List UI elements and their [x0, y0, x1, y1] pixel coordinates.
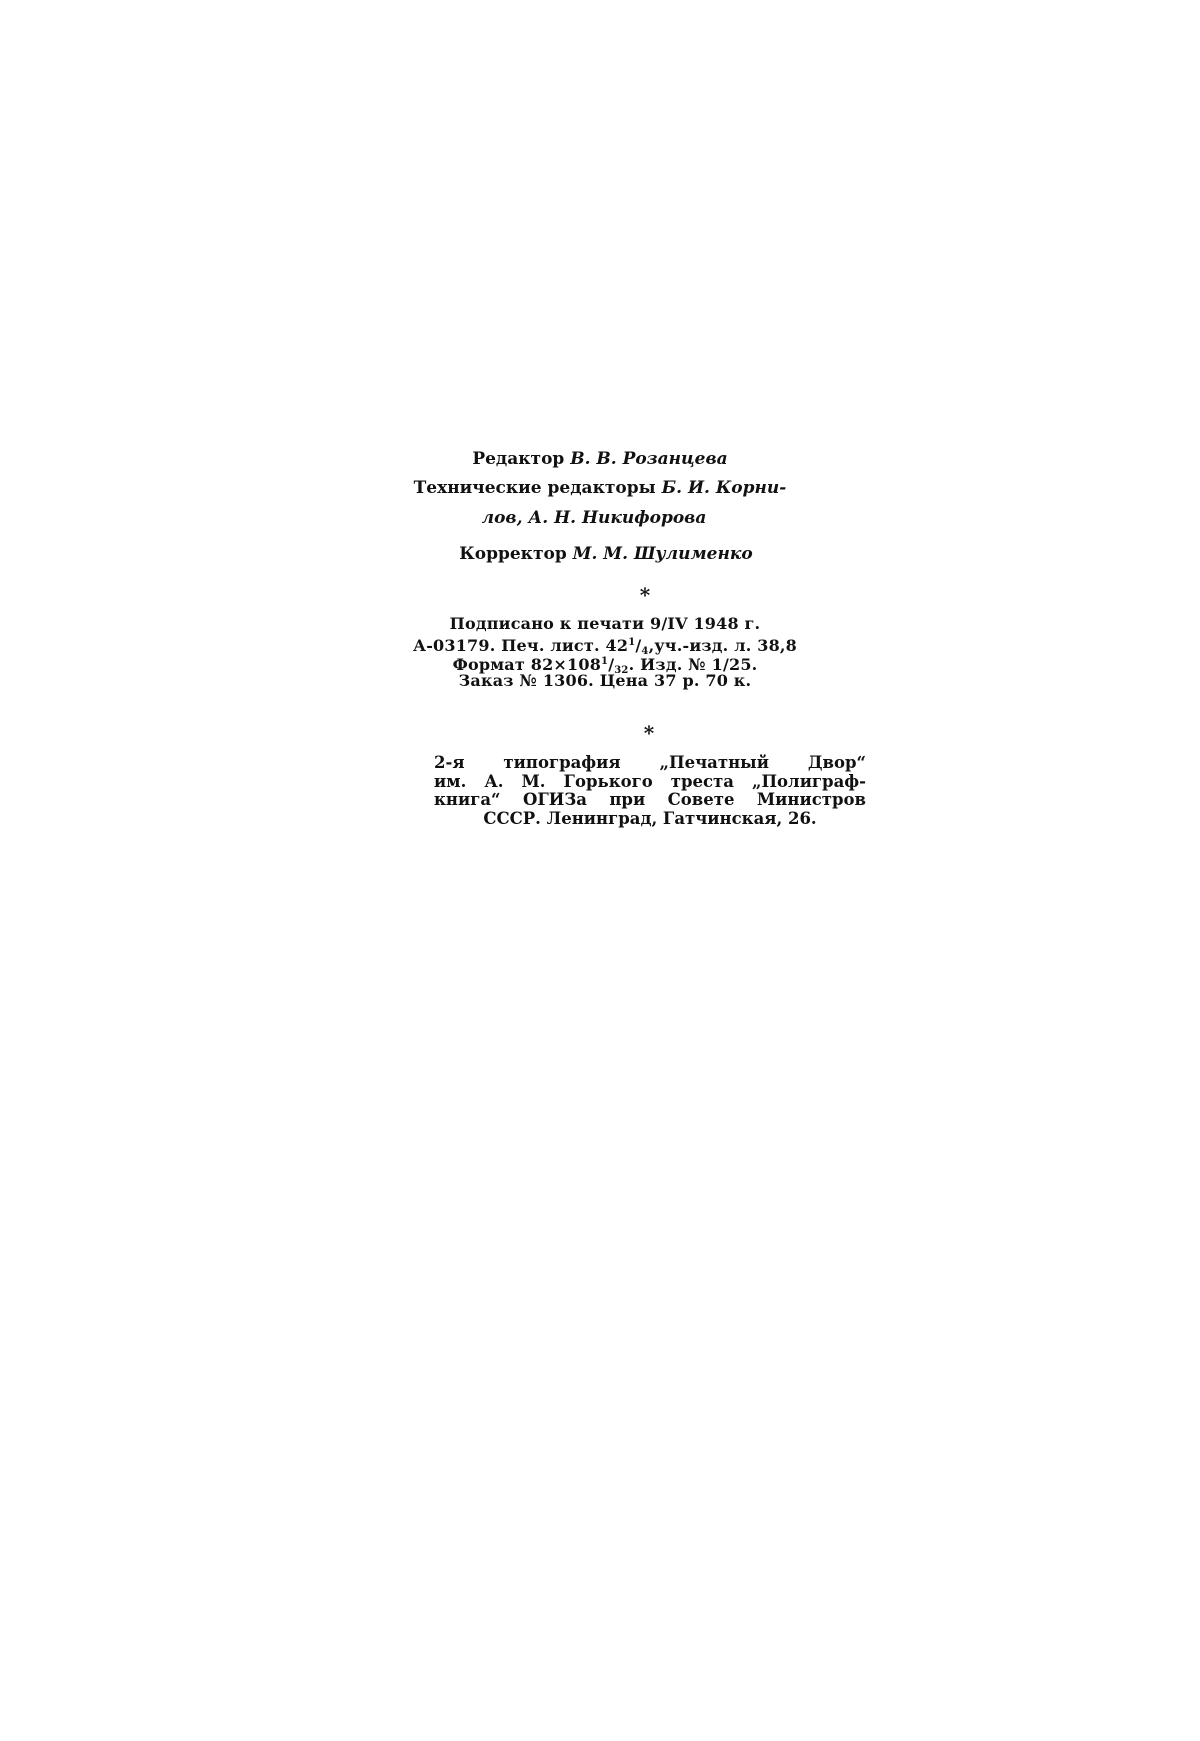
tech-editors-line-2: лов, А. Н. Никифорова	[0, 508, 1194, 528]
editor-line: Редактор В. В. Розанцева	[0, 449, 1200, 469]
corrector-role: Корректор	[459, 544, 566, 564]
printer-line-1: 2-я типография „Печатный Двор“	[434, 754, 866, 773]
tech-editors-line-1: Технические редакторы Б. И. Корни-	[0, 478, 1200, 498]
corrector-line: Корректор М. М. Шулименко	[6, 544, 1200, 564]
imprint-order: Заказ № 1306. Цена 37 р. 70 к.	[5, 672, 1200, 691]
tech-editors-role: Технические редакторы	[414, 478, 656, 498]
printer-line-3: книга“ ОГИЗа при Совете Министров	[434, 791, 866, 810]
asterisk-separator-2: *	[639, 723, 659, 743]
corrector-name: М. М. Шулименко	[573, 544, 753, 564]
editor-name: В. В. Розанцева	[570, 449, 727, 469]
asterisk-separator-1: *	[635, 585, 655, 605]
tech-editors-name-part1: Б. И. Корни-	[662, 478, 787, 498]
printer-info: 2-я типография „Печатный Двор“ им. А. М.…	[434, 754, 866, 828]
printer-line-4: СССР. Ленинград, Гатчинская, 26.	[434, 810, 866, 829]
tech-editors-name-part2: лов, А. Н. Никифорова	[482, 508, 707, 528]
colophon-page: Редактор В. В. Розанцева Технические ред…	[0, 0, 1200, 1741]
imprint-signed: Подписано к печати 9/IV 1948 г.	[5, 615, 1200, 634]
editor-role: Редактор	[472, 449, 564, 469]
printer-line-2: им. А. М. Горького треста „Полиграф-	[434, 773, 866, 792]
